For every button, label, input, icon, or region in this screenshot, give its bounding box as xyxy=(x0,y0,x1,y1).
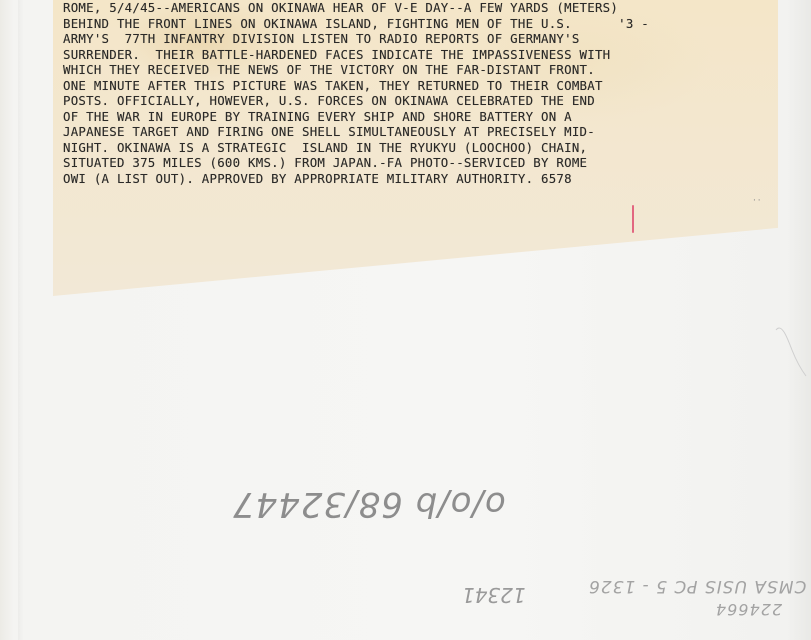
pink-ink-mark xyxy=(632,205,634,233)
backing-left-edge xyxy=(18,0,24,640)
pencil-squiggle xyxy=(770,320,810,380)
handwritten-reference: CMSA USIS PC 5 - 1326 xyxy=(588,576,806,596)
stray-marks: ·· xyxy=(752,196,758,200)
handwritten-code: 224664 xyxy=(715,600,782,619)
handwritten-number: 12341 xyxy=(462,583,526,607)
handwritten-archive-number: o/o/b 68/32447 xyxy=(232,484,506,524)
caption-text: ROME, 5/4/45--AMERICANS ON OKINAWA HEAR … xyxy=(63,0,763,186)
